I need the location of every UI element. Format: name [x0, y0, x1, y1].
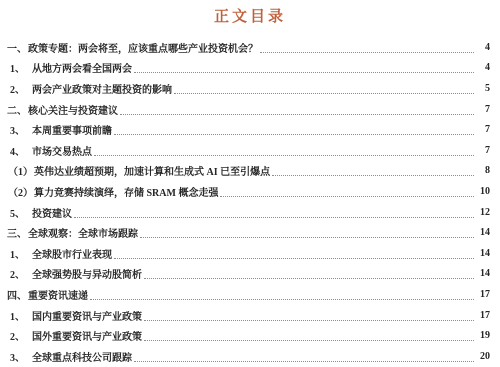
toc-title: 正文目录 [0, 5, 500, 26]
dot-leader [114, 248, 474, 259]
dot-leader [114, 124, 474, 135]
toc-page-number: 17 [476, 310, 490, 321]
toc-item-number: 1、 [10, 60, 25, 75]
toc-item-title: 政策专题：两会将至，应该重点哪些产业投资机会？ [28, 40, 258, 55]
toc-row: （2）算力竞赛持续演绎，存储 SRAM 概念走强10 [0, 181, 500, 202]
toc-item-title: 全球股市行业表现 [32, 246, 112, 261]
toc-item-number: 一、 [7, 40, 27, 55]
toc-item-number: 4、 [10, 143, 25, 158]
dot-leader [260, 42, 474, 53]
toc-row: 3、全球重点科技公司跟踪20 [0, 346, 500, 367]
toc-page-number: 8 [476, 165, 490, 176]
toc-page-number: 7 [476, 124, 490, 135]
toc-page-number: 5 [476, 83, 490, 94]
toc-item-title: 重要资讯速递 [28, 287, 88, 302]
dot-leader [134, 62, 474, 73]
toc-page-number: 7 [476, 145, 490, 156]
dot-leader [74, 207, 474, 218]
toc-row: 1、全球股市行业表现14 [0, 243, 500, 264]
toc-item-number: 2、 [10, 328, 25, 343]
toc-item-number: 1、 [10, 246, 25, 261]
toc-row: 1、从地方两会看全国两会4 [0, 58, 500, 79]
dot-leader [120, 104, 474, 115]
toc-page-number: 12 [476, 207, 490, 218]
toc-row: 2、两会产业政策对主题投资的影响5 [0, 78, 500, 99]
toc-item-title: 投资建议 [32, 205, 72, 220]
dot-leader [174, 83, 474, 94]
toc-item-title: 国外重要资讯与产业政策 [32, 328, 142, 343]
toc-item-number: （2） [8, 184, 33, 199]
toc-page-number: 10 [476, 186, 490, 197]
toc-item-number: （1） [8, 163, 33, 178]
toc-item-title: 核心关注与投资建议 [28, 102, 118, 117]
dot-leader [272, 165, 474, 176]
toc-item-title: 英伟达业绩超预期，加速计算和生成式 AI 已至引爆点 [34, 163, 270, 178]
toc-item-title: 算力竞赛持续演绎，存储 SRAM 概念走强 [34, 184, 218, 199]
toc-row: （1）英伟达业绩超预期，加速计算和生成式 AI 已至引爆点8 [0, 161, 500, 182]
toc-list: 一、政策专题：两会将至，应该重点哪些产业投资机会？41、从地方两会看全国两会42… [0, 37, 500, 367]
toc-page-number: 20 [476, 351, 490, 362]
toc-page-number: 14 [476, 248, 490, 259]
toc-item-number: 3、 [10, 122, 25, 137]
dot-leader [134, 351, 474, 362]
toc-page-number: 17 [476, 289, 490, 300]
toc-row: 2、全球强势股与异动股简析14 [0, 264, 500, 285]
toc-page-number: 14 [476, 227, 490, 238]
toc-item-title: 从地方两会看全国两会 [32, 60, 132, 75]
document-page: 正文目录 一、政策专题：两会将至，应该重点哪些产业投资机会？41、从地方两会看全… [0, 0, 500, 367]
toc-item-title: 全球观察：全球市场跟踪 [28, 225, 138, 240]
toc-page-number: 4 [476, 62, 490, 73]
toc-item-number: 5、 [10, 205, 25, 220]
toc-row: 一、政策专题：两会将至，应该重点哪些产业投资机会？4 [0, 37, 500, 58]
toc-item-title: 两会产业政策对主题投资的影响 [32, 81, 172, 96]
dot-leader [94, 145, 474, 156]
toc-row: 3、本周重要事项前瞻7 [0, 119, 500, 140]
toc-item-number: 3、 [10, 349, 25, 364]
toc-page-number: 4 [476, 42, 490, 53]
toc-item-number: 三、 [7, 225, 27, 240]
toc-item-title: 全球重点科技公司跟踪 [32, 349, 132, 364]
toc-row: 四、重要资讯速递17 [0, 284, 500, 305]
toc-page-number: 14 [476, 268, 490, 279]
toc-page-number: 7 [476, 104, 490, 115]
dot-leader [144, 310, 474, 321]
dot-leader [140, 227, 474, 238]
dot-leader [144, 330, 474, 341]
toc-row: 4、市场交易热点7 [0, 140, 500, 161]
toc-item-title: 市场交易热点 [32, 143, 92, 158]
toc-item-number: 2、 [10, 266, 25, 281]
toc-row: 2、国外重要资讯与产业政策19 [0, 325, 500, 346]
toc-item-number: 2、 [10, 81, 25, 96]
toc-item-title: 全球强势股与异动股简析 [32, 266, 142, 281]
toc-item-number: 1、 [10, 308, 25, 323]
toc-row: 三、全球观察：全球市场跟踪14 [0, 222, 500, 243]
toc-row: 5、投资建议12 [0, 202, 500, 223]
dot-leader [220, 186, 474, 197]
toc-row: 二、核心关注与投资建议7 [0, 99, 500, 120]
dot-leader [144, 268, 474, 279]
toc-item-title: 国内重要资讯与产业政策 [32, 308, 142, 323]
dot-leader [90, 289, 474, 300]
toc-page-number: 19 [476, 330, 490, 341]
toc-item-number: 四、 [7, 287, 27, 302]
toc-row: 1、国内重要资讯与产业政策17 [0, 305, 500, 326]
toc-item-title: 本周重要事项前瞻 [32, 122, 112, 137]
toc-item-number: 二、 [7, 102, 27, 117]
